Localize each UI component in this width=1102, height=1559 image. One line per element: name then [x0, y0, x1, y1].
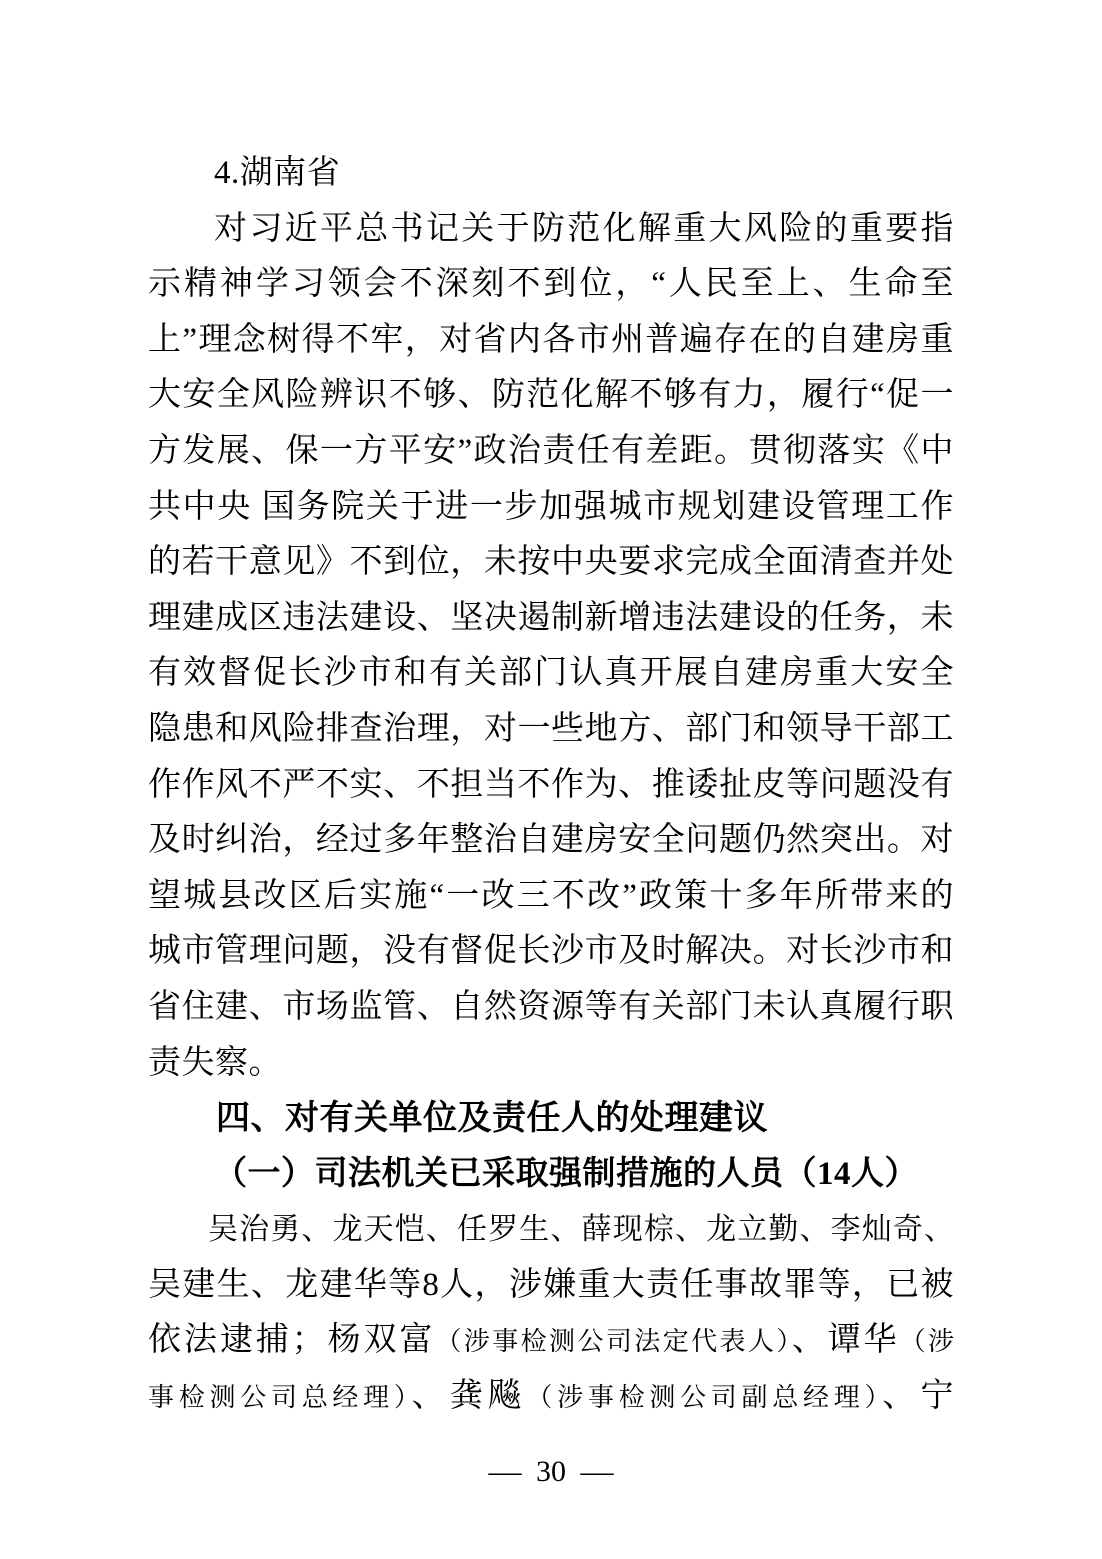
- paragraph-line: 共中央 国务院关于进一步加强城市规划建设管理工作: [148, 480, 954, 536]
- line-segment-annotation: 事检测公司总经理）: [148, 1383, 412, 1412]
- paragraph-line: 城市管理问题，没有督促长沙市及时解决。对长沙市和: [148, 924, 954, 980]
- line-segment-annotation: （涉事检测公司法定代表人）: [435, 1327, 791, 1356]
- section-number-heading: 4.湖南省: [148, 146, 954, 202]
- line-segment: 、龚飚: [412, 1378, 527, 1414]
- paragraph-line: 上”理念树得不牢，对省内各市州普遍存在的自建房重: [148, 313, 954, 369]
- section-number-heading-text: 4.湖南省: [214, 155, 340, 191]
- line-segment: 依法逮捕；杨双富: [148, 1322, 435, 1358]
- text-block: 4.湖南省 对习近平总书记关于防范化解重大风险的重要指 示精神学习领会不深刻不到…: [148, 146, 954, 1425]
- line-segment-annotation: （涉: [900, 1327, 954, 1356]
- paragraph-line: 的若干意见》不到位，未按中央要求完成全面清查并处: [148, 535, 954, 591]
- paragraph-line: 理建成区违法建设、坚决遏制新增违法建设的任务，未: [148, 591, 954, 647]
- subsection-heading: （一）司法机关已采取强制措施的人员（14人）: [148, 1147, 954, 1203]
- footer-dash-right: —: [581, 1452, 614, 1492]
- paragraph-line: 吴建生、龙建华等8人，涉嫌重大责任事故罪等，已被: [148, 1258, 954, 1314]
- paragraph-line: 省住建、市场监管、自然资源等有关部门未认真履行职: [148, 980, 954, 1036]
- page-footer: —30—: [0, 1452, 1102, 1492]
- paragraph-line-mixed: 事检测公司总经理）、龚飚（涉事检测公司副总经理）、宁: [148, 1369, 954, 1425]
- footer-dash-left: —: [489, 1452, 522, 1492]
- paragraph-line: 示精神学习领会不深刻不到位，“人民至上、生命至: [148, 257, 954, 313]
- paragraph-line: 责失察。: [148, 1036, 954, 1092]
- line-segment: 、谭华: [792, 1322, 900, 1358]
- paragraph-line: 作作风不严不实、不担当不作为、推诿扯皮等问题没有: [148, 758, 954, 814]
- paragraph-line: 方发展、保一方平安”政治责任有差距。贯彻落实《中: [148, 424, 954, 480]
- line-segment: 、宁: [882, 1378, 954, 1414]
- paragraph-line-mixed: 依法逮捕；杨双富（涉事检测公司法定代表人）、谭华（涉: [148, 1313, 954, 1369]
- line-segment-annotation: （涉事检测公司副总经理）: [526, 1383, 882, 1412]
- chapter-heading: 四、对有关单位及责任人的处理建议: [148, 1091, 954, 1147]
- paragraph-line: 望城县改区后实施“一改三不改”政策十多年所带来的: [148, 869, 954, 925]
- paragraph-line: 吴治勇、龙天恺、任罗生、薛现棕、龙立勤、李灿奇、: [148, 1202, 954, 1258]
- paragraph-line: 有效督促长沙市和有关部门认真开展自建房重大安全: [148, 646, 954, 702]
- page-number: 30: [536, 1452, 566, 1492]
- paragraph-line: 对习近平总书记关于防范化解重大风险的重要指: [148, 202, 954, 258]
- paragraph-line: 及时纠治，经过多年整治自建房安全问题仍然突出。对: [148, 813, 954, 869]
- paragraph-line: 大安全风险辨识不够、防范化解不够有力，履行“促一: [148, 368, 954, 424]
- document-page: 4.湖南省 对习近平总书记关于防范化解重大风险的重要指 示精神学习领会不深刻不到…: [0, 0, 1102, 1559]
- paragraph-line: 隐患和风险排查治理，对一些地方、部门和领导干部工: [148, 702, 954, 758]
